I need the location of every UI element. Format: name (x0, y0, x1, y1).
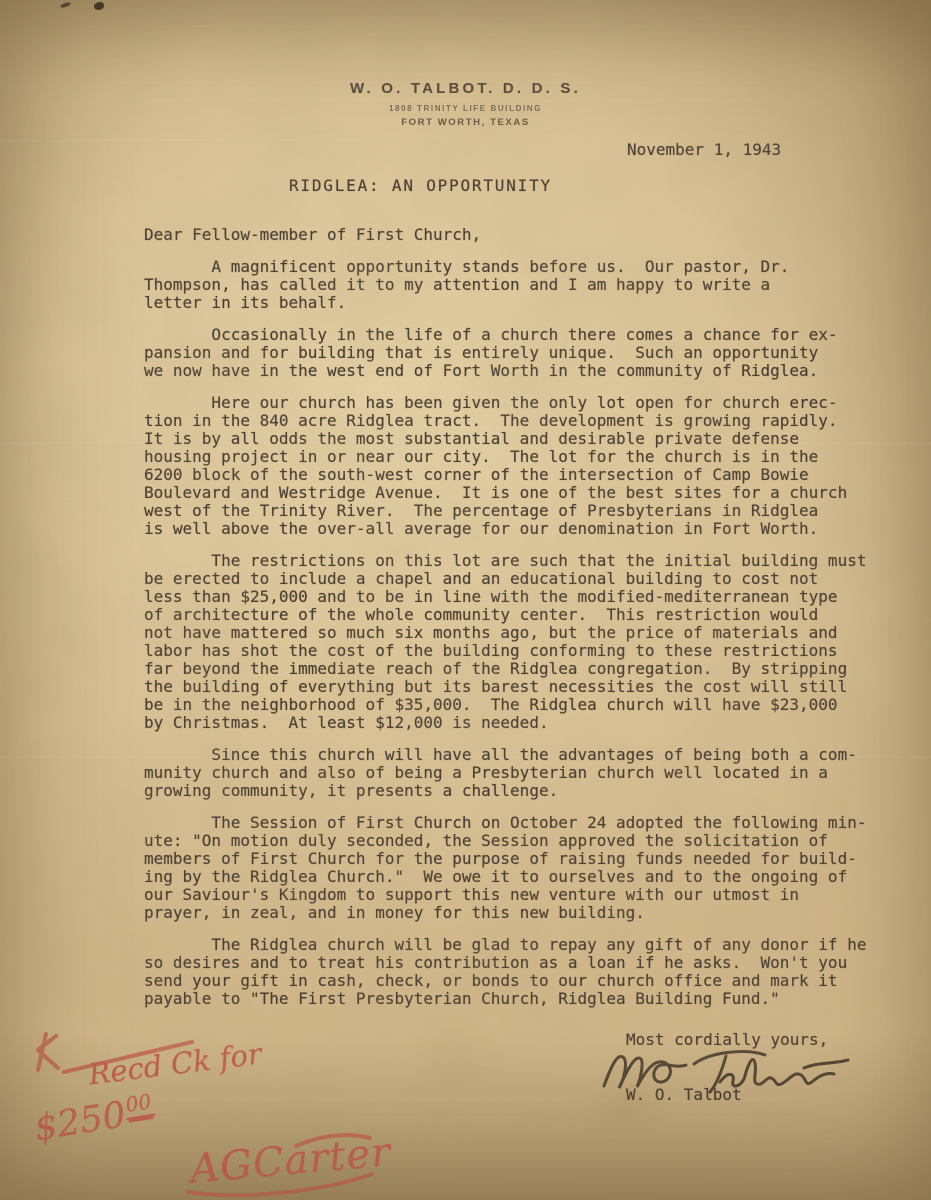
red-note-amount: $25000 (31, 1089, 157, 1149)
paragraph-4: The restrictions on this lot are such th… (144, 552, 866, 732)
amount-cents: 00 (122, 1089, 155, 1120)
paper-stain (400, 1010, 510, 1100)
valediction: Most cordially yours, (626, 1030, 828, 1049)
salutation: Dear Fellow-member of First Church, (144, 226, 866, 244)
letter-body: Dear Fellow-member of First Church, A ma… (144, 226, 866, 1008)
paragraph-5: Since this church will have all the adva… (144, 746, 866, 800)
paragraph-3: Here our church has been given the only … (144, 394, 866, 538)
scanned-letter-page: W. O. TALBOT. D. D. S. 1808 TRINITY LIFE… (0, 0, 931, 1200)
letterhead-address: 1808 TRINITY LIFE BUILDING (0, 104, 931, 113)
letter-title: RIDGLEA: AN OPPORTUNITY (289, 176, 552, 195)
letter-date: November 1, 1943 (627, 140, 781, 159)
paragraph-2: Occasionally in the life of a church the… (144, 326, 866, 380)
red-note-carter-signature: AGCarter (188, 1129, 393, 1192)
paragraph-7: The Ridglea church will be glad to repay… (144, 936, 866, 1008)
ink-speck (94, 2, 104, 10)
paragraph-6: The Session of First Church on October 2… (144, 814, 866, 922)
red-note-received: Recd Ck for (87, 1037, 264, 1092)
paragraph-1: A magnificent opportunity stands before … (144, 258, 866, 312)
letterhead-city: FORT WORTH, TEXAS (0, 117, 931, 128)
paper-stain (575, 1065, 670, 1150)
ink-speck (60, 1, 72, 8)
letterhead-name: W. O. TALBOT. D. D. S. (0, 80, 931, 97)
letterhead: W. O. TALBOT. D. D. S. 1808 TRINITY LIFE… (0, 80, 931, 128)
amount-dollars: $250 (32, 1094, 129, 1149)
typed-signature: W. O. Talbot (626, 1085, 742, 1104)
paper-crease (0, 140, 447, 142)
